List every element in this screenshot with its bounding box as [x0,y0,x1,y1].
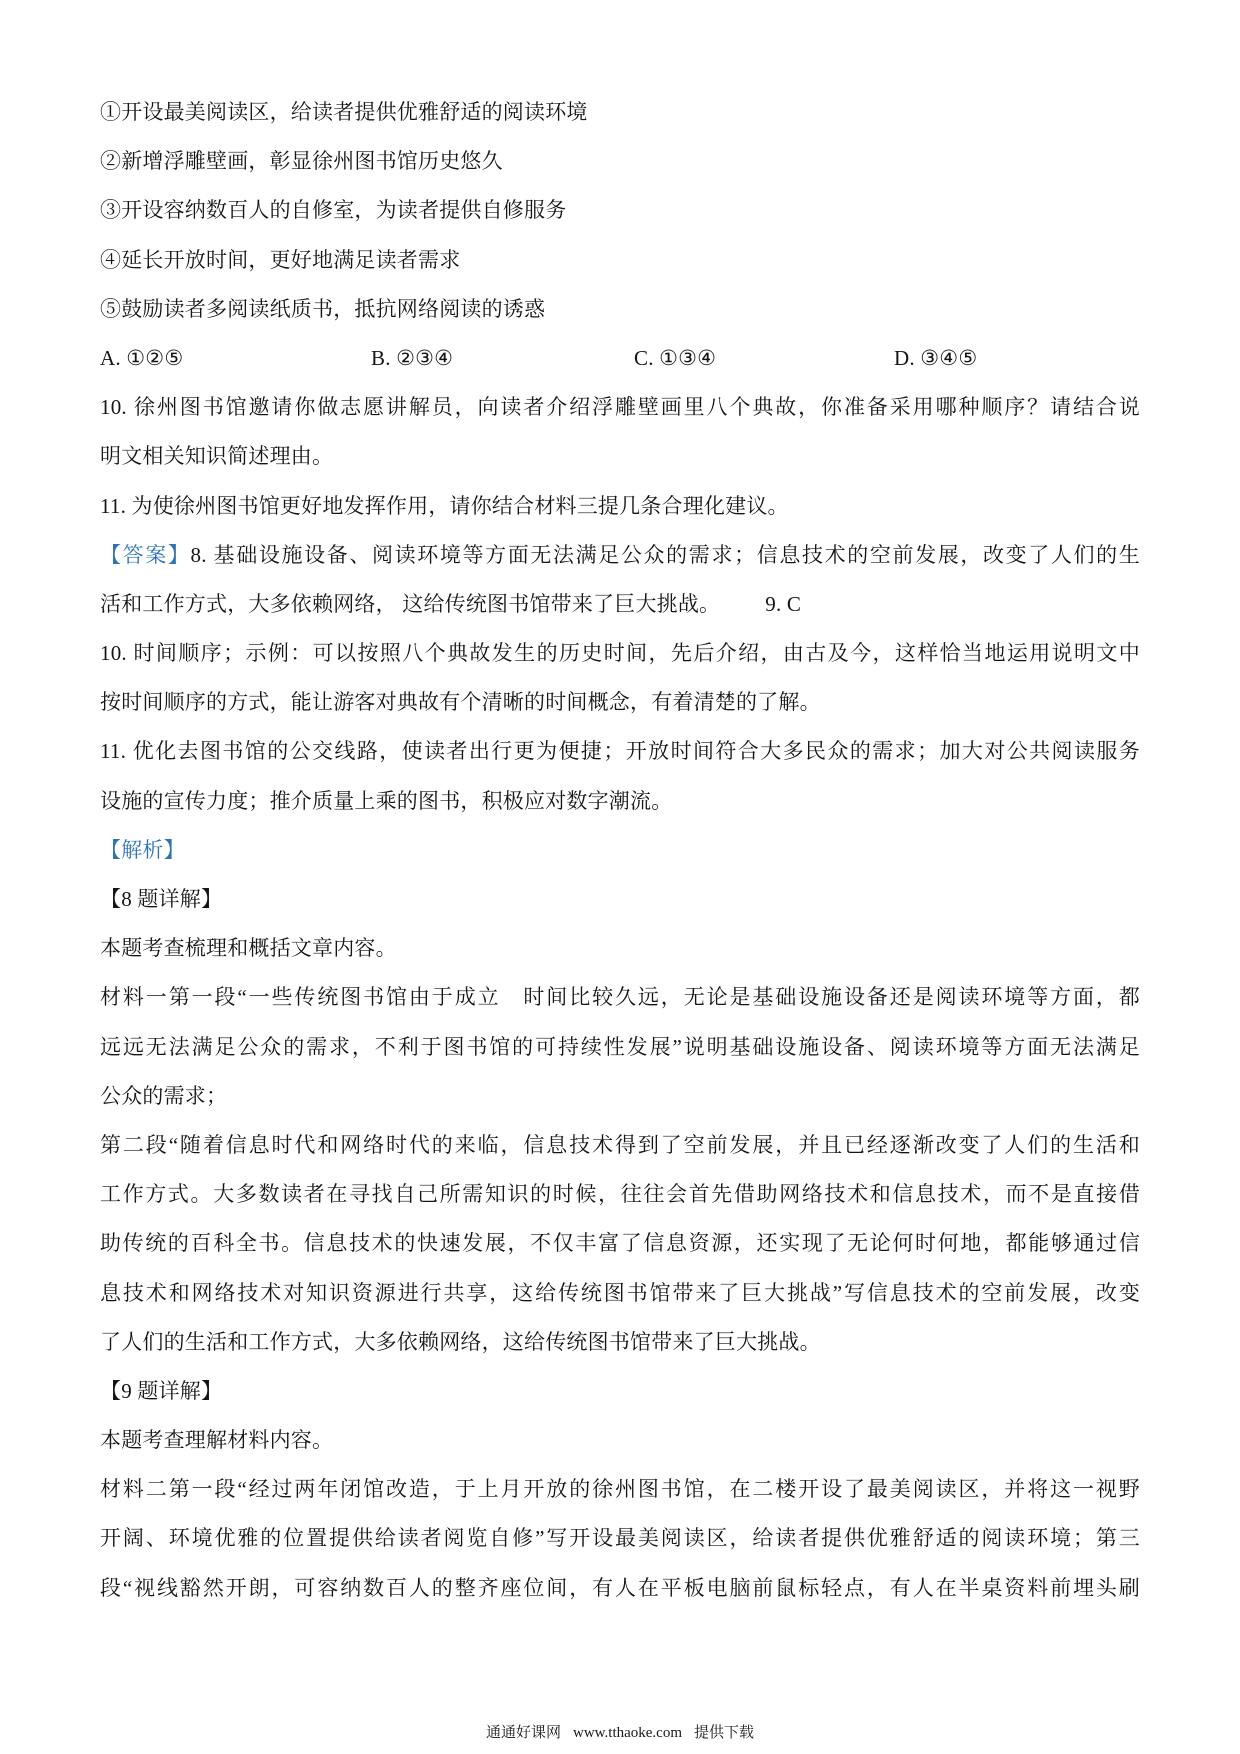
question-10-text-line2: 明文相关知识简述理由。 [100,432,1140,481]
analysis-label: 【解析】 [100,826,1140,875]
detail-9-line-2: 材料二第一段“经过两年闭馆改造，于上月开放的徐州图书馆，在二楼开设了最美阅读区，… [100,1465,1140,1514]
option-d: D. ③④⑤ [894,334,977,383]
detail-8-line-8: 息技术和网络技术对知识资源进行共享，这给传统图书馆带来了巨大挑战”写信息技术的空… [100,1269,1140,1318]
stmt-item-1: ①开设最美阅读区，给读者提供优雅舒适的阅读环境 [100,88,1140,137]
detail-8-line-9: 了人们的生活和工作方式，大多依赖网络，这给传统图书馆带来了巨大挑战。 [100,1318,1140,1367]
answer-8-line2: 活和工作方式，大多依赖网络， 这给传统图书馆带来了巨大挑战。9. C [100,580,1140,629]
detail-9-line-1: 本题考查理解材料内容。 [100,1416,1140,1465]
answer-11-line1: 11. 优化去图书馆的公交线路，使读者出行更为便捷；开放时间符合大多民众的需求；… [100,727,1140,776]
answer-8-line1: 【答案】8. 基础设施设备、阅读环境等方面无法满足公众的需求；信息技术的空前发展… [100,531,1140,580]
detail-8-heading: 【8 题详解】 [100,875,1140,924]
option-c: C. ①③④ [634,334,716,383]
detail-8-line-6: 工作方式。大多数读者在寻找自己所需知识的时候，往往会首先借助网络技术和信息技术，… [100,1170,1140,1219]
answer-10-line2: 按时间顺序的方式，能让游客对典故有个清晰的时间概念，有着清楚的了解。 [100,678,1140,727]
option-a: A. ①②⑤ [100,334,183,383]
answer-8-text-cont: 活和工作方式，大多依赖网络， 这给传统图书馆带来了巨大挑战。 [100,592,720,616]
detail-8-line-5: 第二段“随着信息时代和网络时代的来临，信息技术得到了空前发展，并且已经逐渐改变了… [100,1121,1140,1170]
question-10-text-line1: 10. 徐州图书馆邀请你做志愿讲解员，向读者介绍浮雕壁画里八个典故，你准备采用哪… [100,383,1140,432]
detail-9-line-3: 开阔、环境优雅的位置提供给读者阅览自修”写开设最美阅读区，给读者提供优雅舒适的阅… [100,1514,1140,1563]
stmt-item-5: ⑤鼓励读者多阅读纸质书，抵抗网络阅读的诱惑 [100,285,1140,334]
option-b: B. ②③④ [371,334,453,383]
question-11-text: 11. 为使徐州图书馆更好地发挥作用，请你结合材料三提几条合理化建议。 [100,482,1140,531]
answer-9-text: 9. C [765,592,801,616]
detail-8-line-2: 材料一第一段“一些传统图书馆由于成立 时间比较久远，无论是基础设施设备还是阅读环… [100,973,1140,1022]
detail-8-line-1: 本题考查梳理和概括文章内容。 [100,924,1140,973]
footer-site-name: 通通好课网 [486,1725,561,1741]
stmt-item-2: ②新增浮雕壁画，彰显徐州图书馆历史悠久 [100,137,1140,186]
detail-8-line-7: 助传统的百科全书。信息技术的快速发展，不仅丰富了信息资源，还实现了无论何时何地，… [100,1219,1140,1268]
footer: 通通好课网www.tthaoke.com提供下载 [0,1721,1240,1742]
detail-8-line-3: 远远无法满足公众的需求，不利于图书馆的可持续性发展”说明基础设施设备、阅读环境等… [100,1023,1140,1072]
detail-8-line-4: 公众的需求； [100,1072,1140,1121]
answer-label: 【答案】 [100,543,191,567]
stmt-item-4: ④延长开放时间，更好地满足读者需求 [100,236,1140,285]
answer-8-text: 8. 基础设施设备、阅读环境等方面无法满足公众的需求；信息技术的空前发展，改变了… [191,543,1140,567]
detail-9-line-4: 段“视线豁然开朗，可容纳数百人的整齐座位间，有人在平板电脑前鼠标轻点，有人在半桌… [100,1564,1140,1613]
footer-url: www.tthaoke.com [573,1725,682,1741]
detail-9-heading: 【9 题详解】 [100,1367,1140,1416]
exam-page-body: ①开设最美阅读区，给读者提供优雅舒适的阅读环境 ②新增浮雕壁画，彰显徐州图书馆历… [100,88,1140,1613]
footer-suffix: 提供下载 [694,1725,754,1741]
answer-11-line2: 设施的宣传力度；推介质量上乘的图书，积极应对数字潮流。 [100,777,1140,826]
answer-10-line1: 10. 时间顺序；示例：可以按照八个典故发生的历史时间，先后介绍，由古及今，这样… [100,629,1140,678]
options-row: A. ①②⑤ B. ②③④ C. ①③④ D. ③④⑤ [100,334,1140,383]
stmt-item-3: ③开设容纳数百人的自修室，为读者提供自修服务 [100,186,1140,235]
